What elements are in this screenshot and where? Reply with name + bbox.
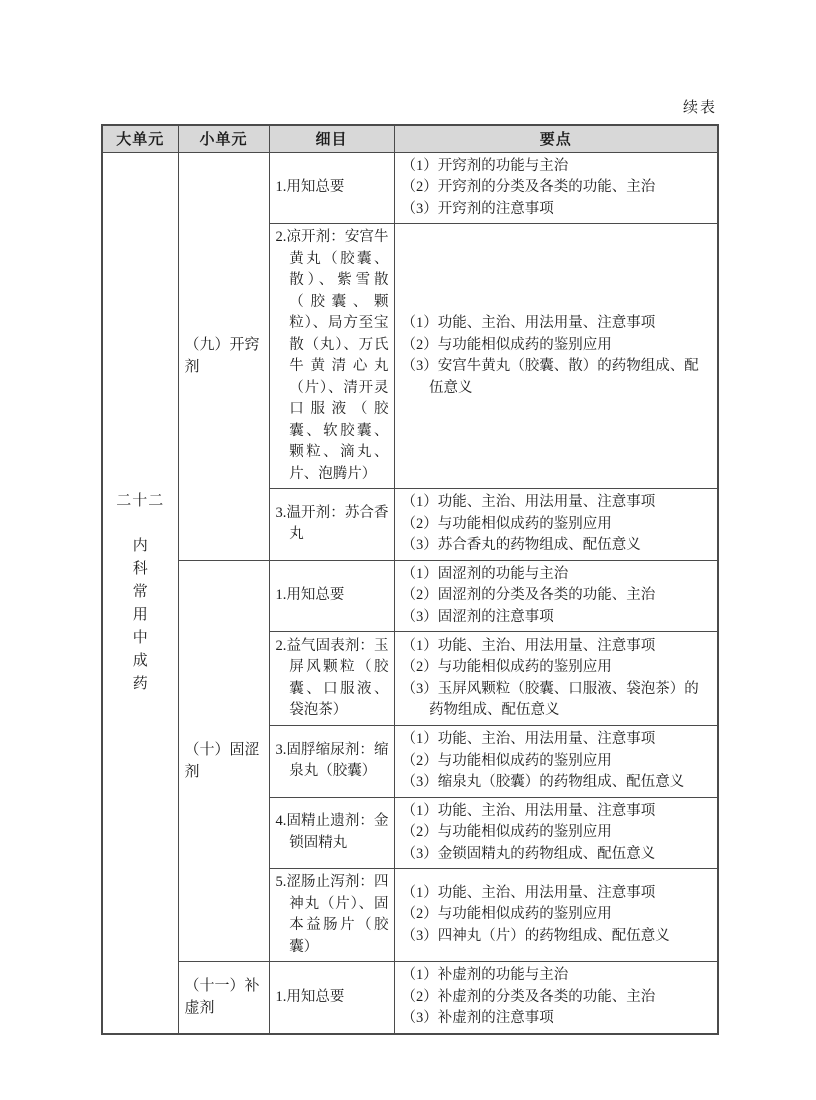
item-cell: 2.凉开剂：安宫牛黄丸（胶囊、散）、紫雪散（胶囊、颗粒）、局方至宝散（丸）、万氏… [269, 224, 394, 489]
item-text: 1.用知总要 [276, 585, 389, 607]
header-row: 大单元 小单元 细目 要点 [102, 125, 718, 152]
item-cell: 1.用知总要 [269, 962, 394, 1034]
point-line: （1）功能、主治、用法用量、注意事项 [402, 801, 712, 823]
point-line: （3）固涩剂的注意事项 [402, 607, 712, 629]
point-line: （3）缩泉丸（胶囊）的药物组成、配伍意义 [402, 772, 712, 794]
major-unit-title: 内 科 常 用 中 成 药 [103, 535, 178, 696]
page: 续表 大单元 小单元 细目 要点 二十二 内 科 常 用 中 成 药 （九 [0, 0, 816, 1100]
point-line: （2）与功能相似成药的鉴别应用 [402, 822, 712, 844]
item-text: 2.凉开剂：安宫牛黄丸（胶囊、散）、紫雪散（胶囊、颗粒）、局方至宝散（丸）、万氏… [276, 227, 389, 485]
continued-label: 续表 [101, 96, 717, 117]
point-line: （3）金锁固精丸的药物组成、配伍意义 [402, 844, 712, 866]
item-cell: 3.固脬缩尿剂：缩泉丸（胶囊） [269, 726, 394, 798]
item-cell: 1.用知总要 [269, 152, 394, 224]
header-major-unit: 大单元 [102, 125, 178, 152]
item-text: 1.用知总要 [276, 987, 389, 1009]
point-line: （1）功能、主治、用法用量、注意事项 [402, 729, 712, 751]
points-cell: （1）功能、主治、用法用量、注意事项 （2）与功能相似成药的鉴别应用 （3）玉屏… [394, 632, 718, 726]
syllabus-table: 大单元 小单元 细目 要点 二十二 内 科 常 用 中 成 药 （九）开窍剂 1… [101, 124, 719, 1035]
point-line: （1）功能、主治、用法用量、注意事项 [402, 636, 712, 658]
header-keypoints: 要点 [394, 125, 718, 152]
point-line: （2）与功能相似成药的鉴别应用 [402, 751, 712, 773]
point-line: （1）固涩剂的功能与主治 [402, 564, 712, 586]
point-line: （3）补虚剂的注意事项 [402, 1008, 712, 1030]
points-cell: （1）补虚剂的功能与主治 （2）补虚剂的分类及各类的功能、主治 （3）补虚剂的注… [394, 962, 718, 1034]
table-row: 二十二 内 科 常 用 中 成 药 （九）开窍剂 1.用知总要 （1）开窍剂的功… [102, 152, 718, 224]
point-line: （3）开窍剂的注意事项 [402, 199, 712, 221]
point-line: （3）玉屏风颗粒（胶囊、口服液、袋泡茶）的药物组成、配伍意义 [402, 679, 712, 722]
item-cell: 3.温开剂：苏合香丸 [269, 489, 394, 561]
points-cell: （1）功能、主治、用法用量、注意事项 （2）与功能相似成药的鉴别应用 （3）安宫… [394, 224, 718, 489]
item-cell: 4.固精止遗剂：金锁固精丸 [269, 797, 394, 869]
point-line: （2）与功能相似成药的鉴别应用 [402, 514, 712, 536]
point-line: （2）与功能相似成药的鉴别应用 [402, 657, 712, 679]
point-line: （2）开窍剂的分类及各类的功能、主治 [402, 177, 712, 199]
point-line: （2）与功能相似成药的鉴别应用 [402, 335, 712, 357]
point-line: （2）补虚剂的分类及各类的功能、主治 [402, 987, 712, 1009]
point-line: （1）功能、主治、用法用量、注意事项 [402, 313, 712, 335]
points-cell: （1）开窍剂的功能与主治 （2）开窍剂的分类及各类的功能、主治 （3）开窍剂的注… [394, 152, 718, 224]
item-text: 3.温开剂：苏合香丸 [276, 503, 389, 546]
points-cell: （1）功能、主治、用法用量、注意事项 （2）与功能相似成药的鉴别应用 （3）缩泉… [394, 726, 718, 798]
major-unit-number: 二十二 [103, 490, 178, 513]
point-line: （1）补虚剂的功能与主治 [402, 965, 712, 987]
point-line: （3）四神丸（片）的药物组成、配伍意义 [402, 926, 712, 948]
item-cell: 2.益气固表剂：玉屏风颗粒（胶囊、口服液、袋泡茶） [269, 632, 394, 726]
minor-unit-cell-guse: （十）固涩剂 [178, 560, 269, 962]
points-cell: （1）功能、主治、用法用量、注意事项 （2）与功能相似成药的鉴别应用 （3）金锁… [394, 797, 718, 869]
table-row: （十）固涩剂 1.用知总要 （1）固涩剂的功能与主治 （2）固涩剂的分类及各类的… [102, 560, 718, 632]
item-text: 5.涩肠止泻剂：四神丸（片）、固本益肠片（胶囊） [276, 872, 389, 958]
minor-unit-cell-kaiqiao: （九）开窍剂 [178, 152, 269, 560]
item-cell: 1.用知总要 [269, 560, 394, 632]
points-cell: （1）功能、主治、用法用量、注意事项 （2）与功能相似成药的鉴别应用 （3）苏合… [394, 489, 718, 561]
item-text: 2.益气固表剂：玉屏风颗粒（胶囊、口服液、袋泡茶） [276, 636, 389, 722]
major-unit-cell: 二十二 内 科 常 用 中 成 药 [102, 152, 178, 1034]
item-text: 4.固精止遗剂：金锁固精丸 [276, 811, 389, 854]
header-detail: 细目 [269, 125, 394, 152]
item-cell: 5.涩肠止泻剂：四神丸（片）、固本益肠片（胶囊） [269, 869, 394, 962]
point-line: （2）与功能相似成药的鉴别应用 [402, 904, 712, 926]
point-line: （1）功能、主治、用法用量、注意事项 [402, 883, 712, 905]
points-cell: （1）固涩剂的功能与主治 （2）固涩剂的分类及各类的功能、主治 （3）固涩剂的注… [394, 560, 718, 632]
point-line: （3）安宫牛黄丸（胶囊、散）的药物组成、配伍意义 [402, 356, 712, 399]
points-cell: （1）功能、主治、用法用量、注意事项 （2）与功能相似成药的鉴别应用 （3）四神… [394, 869, 718, 962]
point-line: （1）功能、主治、用法用量、注意事项 [402, 492, 712, 514]
point-line: （1）开窍剂的功能与主治 [402, 156, 712, 178]
point-line: （2）固涩剂的分类及各类的功能、主治 [402, 585, 712, 607]
minor-unit-cell-buxu: （十一）补虚剂 [178, 962, 269, 1034]
item-text: 1.用知总要 [276, 177, 389, 199]
point-line: （3）苏合香丸的药物组成、配伍意义 [402, 535, 712, 557]
header-minor-unit: 小单元 [178, 125, 269, 152]
table-row: （十一）补虚剂 1.用知总要 （1）补虚剂的功能与主治 （2）补虚剂的分类及各类… [102, 962, 718, 1034]
item-text: 3.固脬缩尿剂：缩泉丸（胶囊） [276, 740, 389, 783]
